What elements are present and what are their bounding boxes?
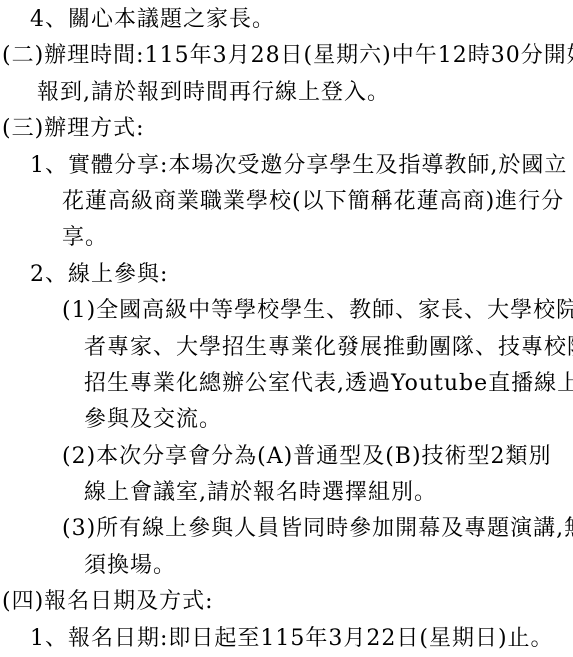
doc-line: 享。 (0, 220, 573, 256)
doc-line: 線上會議室,請於報名時選擇組別。 (0, 475, 573, 511)
doc-line: 報到,請於報到時間再行線上登入。 (0, 75, 573, 111)
doc-line: 2、線上參與: (0, 257, 573, 293)
doc-line: (三)辦理方式: (0, 111, 573, 147)
doc-line: (二)辦理時間:115年3月28日(星期六)中午12時30分開始 (0, 38, 573, 74)
doc-line: (1)全國高級中等學校學生、教師、家長、大學校院學 (0, 293, 573, 329)
doc-line: 1、報名日期:即日起至115年3月22日(星期日)止。 (0, 621, 573, 657)
doc-line: (3)所有線上參與人員皆同時參加開幕及專題演講,無 (0, 511, 573, 547)
doc-line: 者專家、大學招生專業化發展推動團隊、技專校院 (0, 330, 573, 366)
doc-line: (2)本次分享會分為(A)普通型及(B)技術型2類別 (0, 439, 573, 475)
doc-line: 4、關心本議題之家長。 (0, 2, 573, 38)
doc-line: 花蓮高級商業職業學校(以下簡稱花蓮高商)進行分 (0, 184, 573, 220)
doc-line: 1、實體分享:本場次受邀分享學生及指導教師,於國立 (0, 148, 573, 184)
doc-line: 招生專業化總辦公室代表,透過Youtube直播線上 (0, 366, 573, 402)
doc-line: 須換場。 (0, 548, 573, 584)
doc-line: (四)報名日期及方式: (0, 584, 573, 620)
document-page: 4、關心本議題之家長。 (二)辦理時間:115年3月28日(星期六)中午12時3… (0, 0, 573, 657)
doc-line: 參與及交流。 (0, 402, 573, 438)
